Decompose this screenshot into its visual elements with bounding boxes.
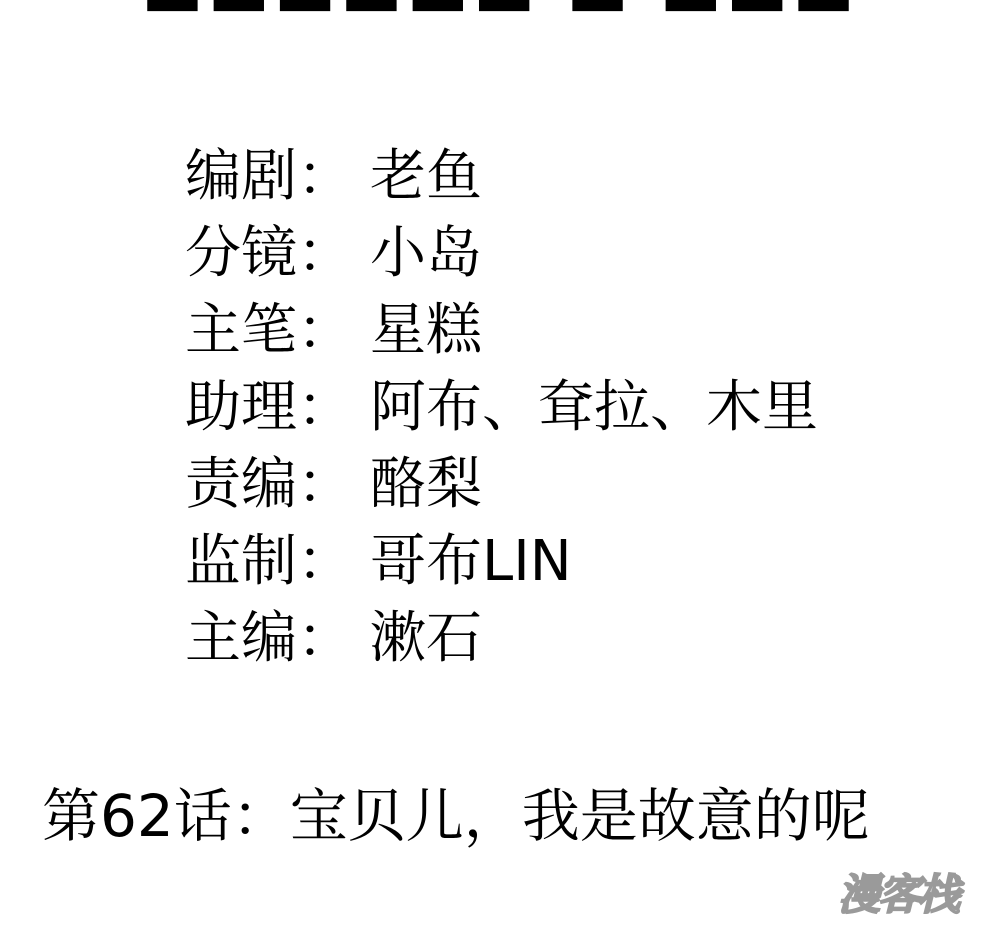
credit-role: 责编： <box>185 446 370 523</box>
credit-row: 责编： 酪梨 <box>185 446 818 523</box>
credit-name: 漱石 <box>370 600 482 677</box>
credit-name: 星糕 <box>370 292 482 369</box>
credits-list: 编剧： 老鱼 分镜： 小岛 主笔： 星糕 助理： 阿布、耷拉、木里 责编： 酪梨… <box>185 138 818 677</box>
credit-row: 分镜： 小岛 <box>185 215 818 292</box>
credit-name: 小岛 <box>370 215 482 292</box>
credit-name: 老鱼 <box>370 138 482 215</box>
credit-role: 分镜： <box>185 215 370 292</box>
title-text: ■■■■■■ ■ ■■■ <box>0 0 1000 14</box>
credit-row: 主笔： 星糕 <box>185 292 818 369</box>
credit-role: 助理： <box>185 369 370 446</box>
credit-role: 监制： <box>185 523 370 600</box>
credit-row: 主编： 漱石 <box>185 600 818 677</box>
watermark-logo: 漫客栈 <box>838 862 958 922</box>
credit-role: 编剧： <box>185 138 370 215</box>
clipped-title: ■■■■■■ ■ ■■■ <box>0 0 1000 14</box>
credit-row: 助理： 阿布、耷拉、木里 <box>185 369 818 446</box>
credit-row: 编剧： 老鱼 <box>185 138 818 215</box>
credit-role: 主笔： <box>185 292 370 369</box>
credit-name: 阿布、耷拉、木里 <box>370 369 818 446</box>
credit-row: 监制： 哥布LIN <box>185 523 818 600</box>
credit-name: 哥布LIN <box>370 523 572 600</box>
chapter-title: 第62话：宝贝儿，我是故意的呢 <box>42 776 870 856</box>
credit-role: 主编： <box>185 600 370 677</box>
credit-name: 酪梨 <box>370 446 482 523</box>
